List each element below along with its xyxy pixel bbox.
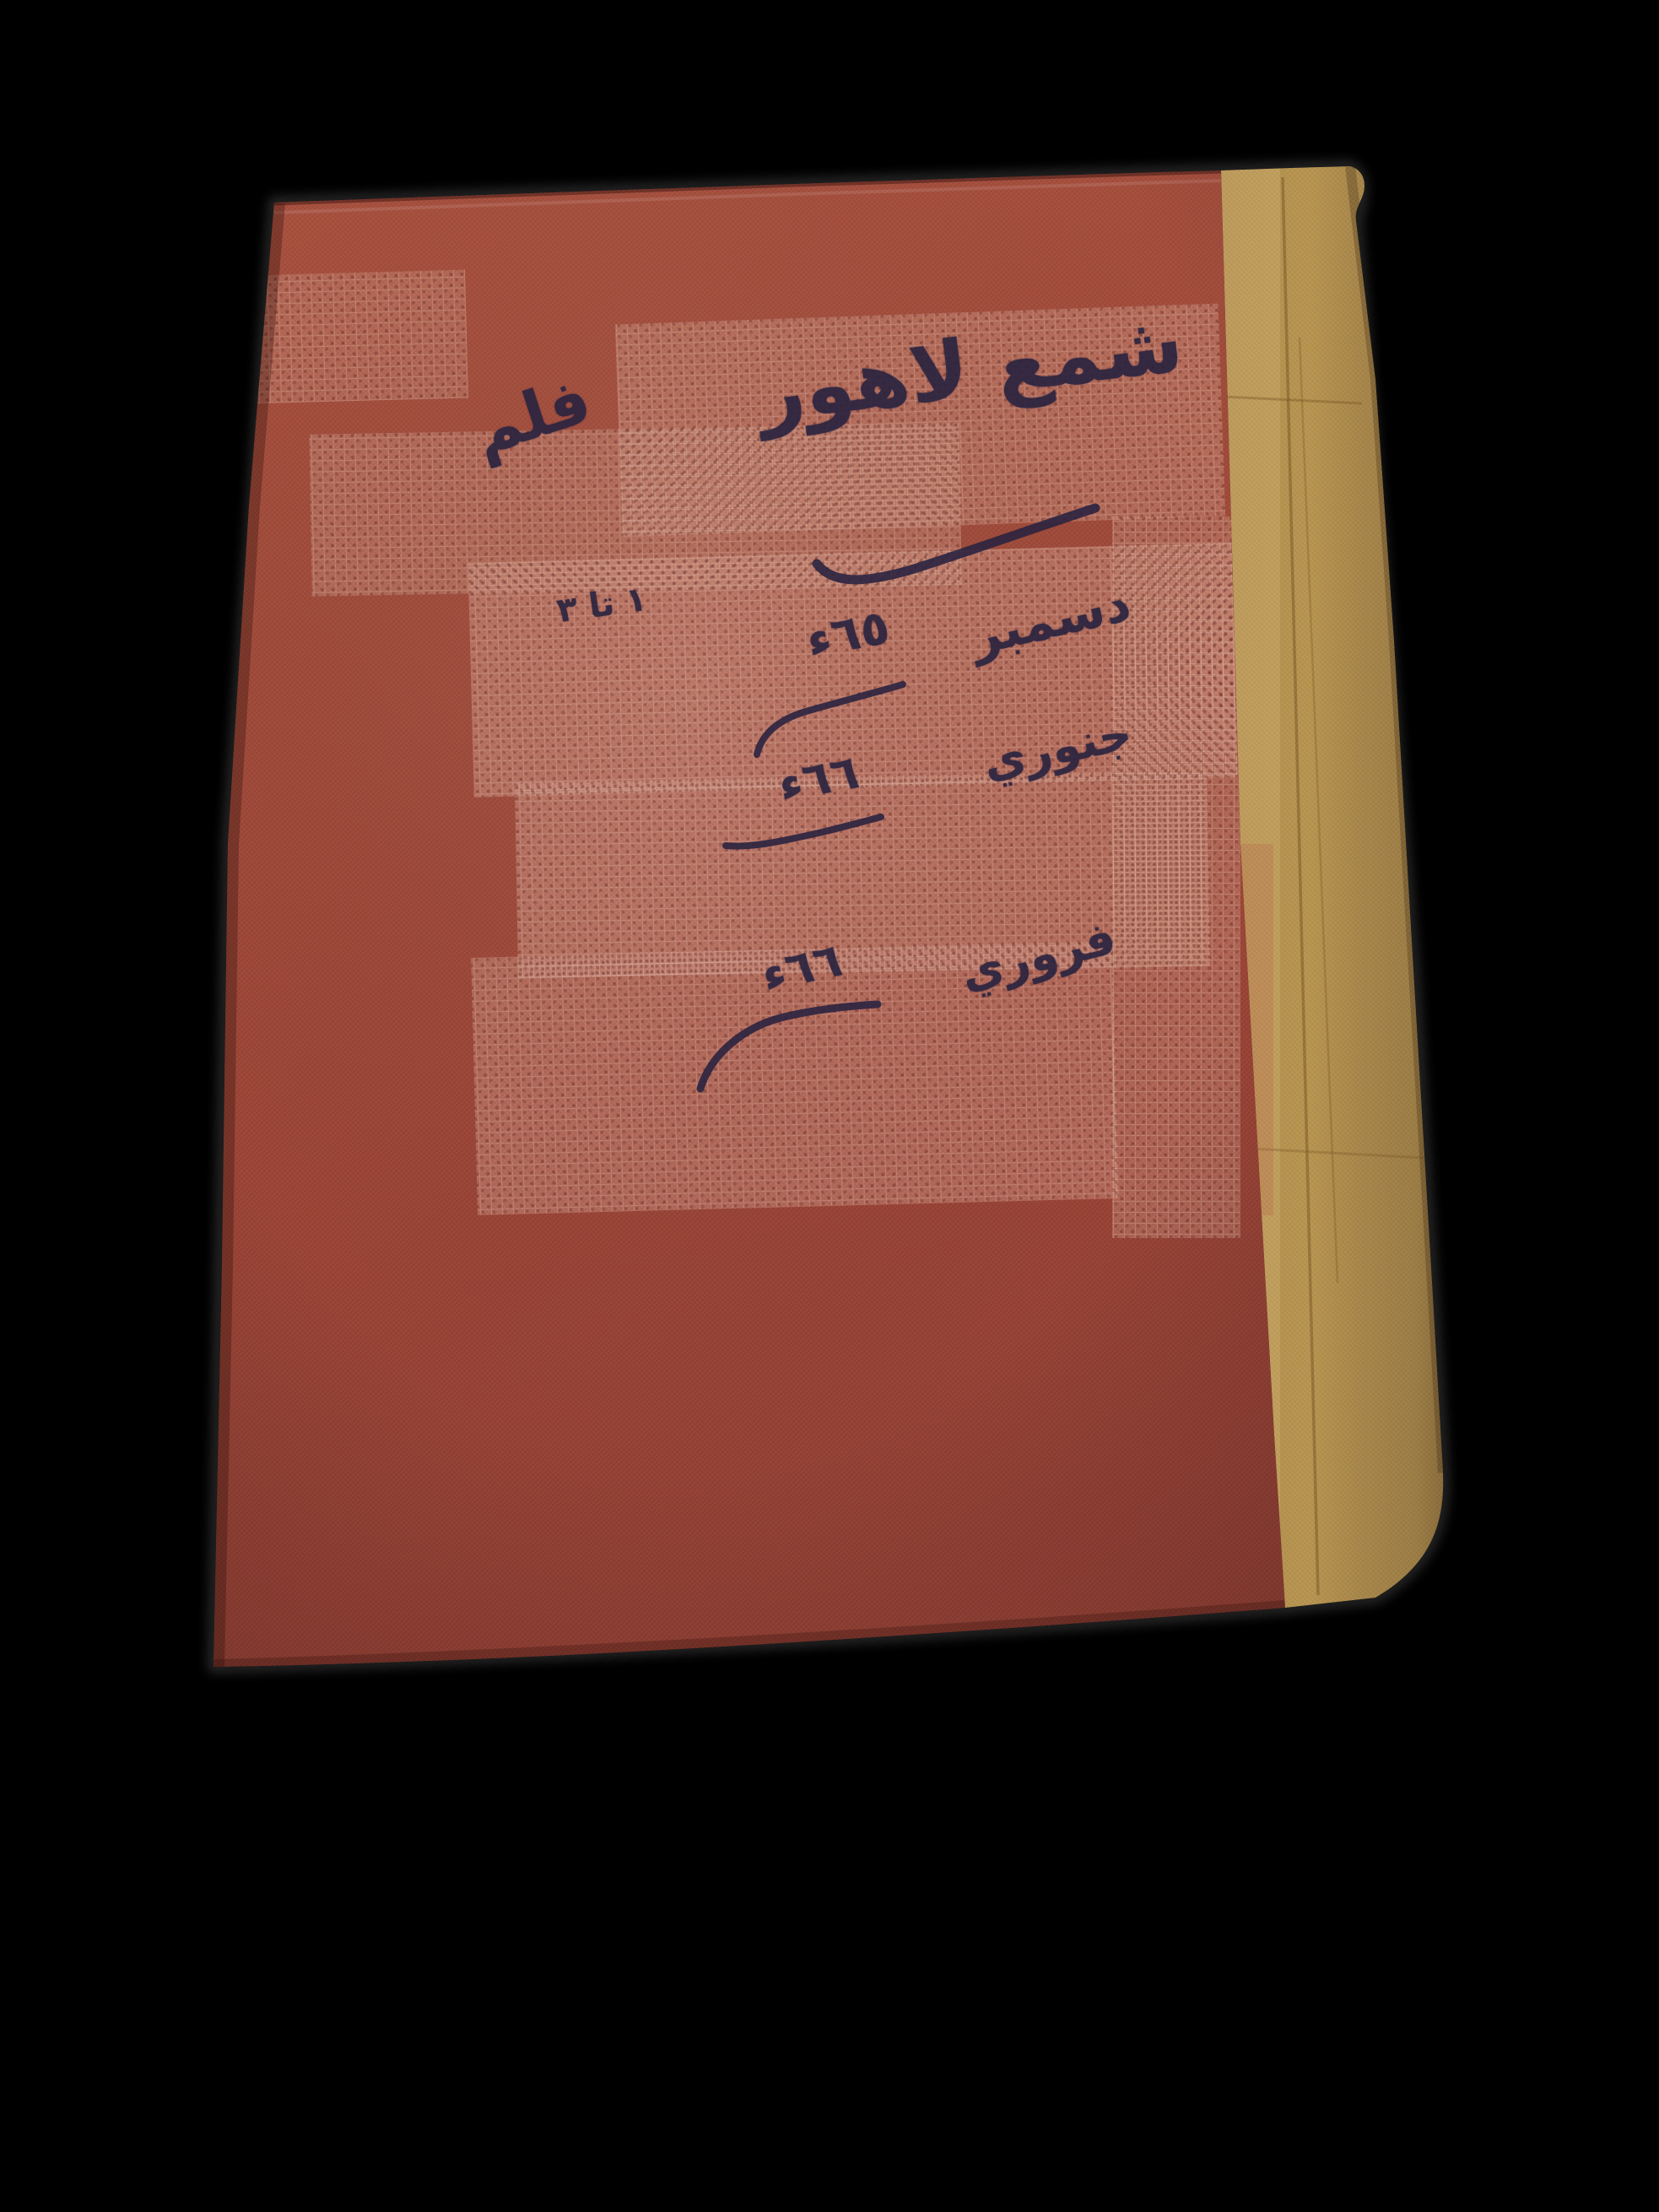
book-illustration bbox=[0, 0, 1659, 2212]
photo-of-book-cover: شمع لاهور فلم دسمبر ٦٥ء ١ تا ٣ جنوري ٦٦ء… bbox=[0, 0, 1659, 2212]
